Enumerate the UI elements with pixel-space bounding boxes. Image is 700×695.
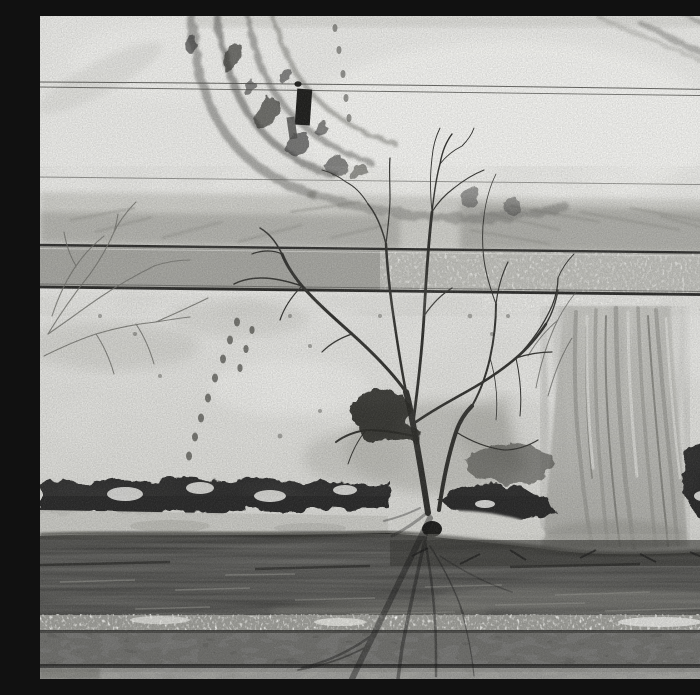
photo-canvas [40, 16, 700, 679]
photograph [40, 16, 700, 679]
film-grain-light [40, 16, 700, 679]
